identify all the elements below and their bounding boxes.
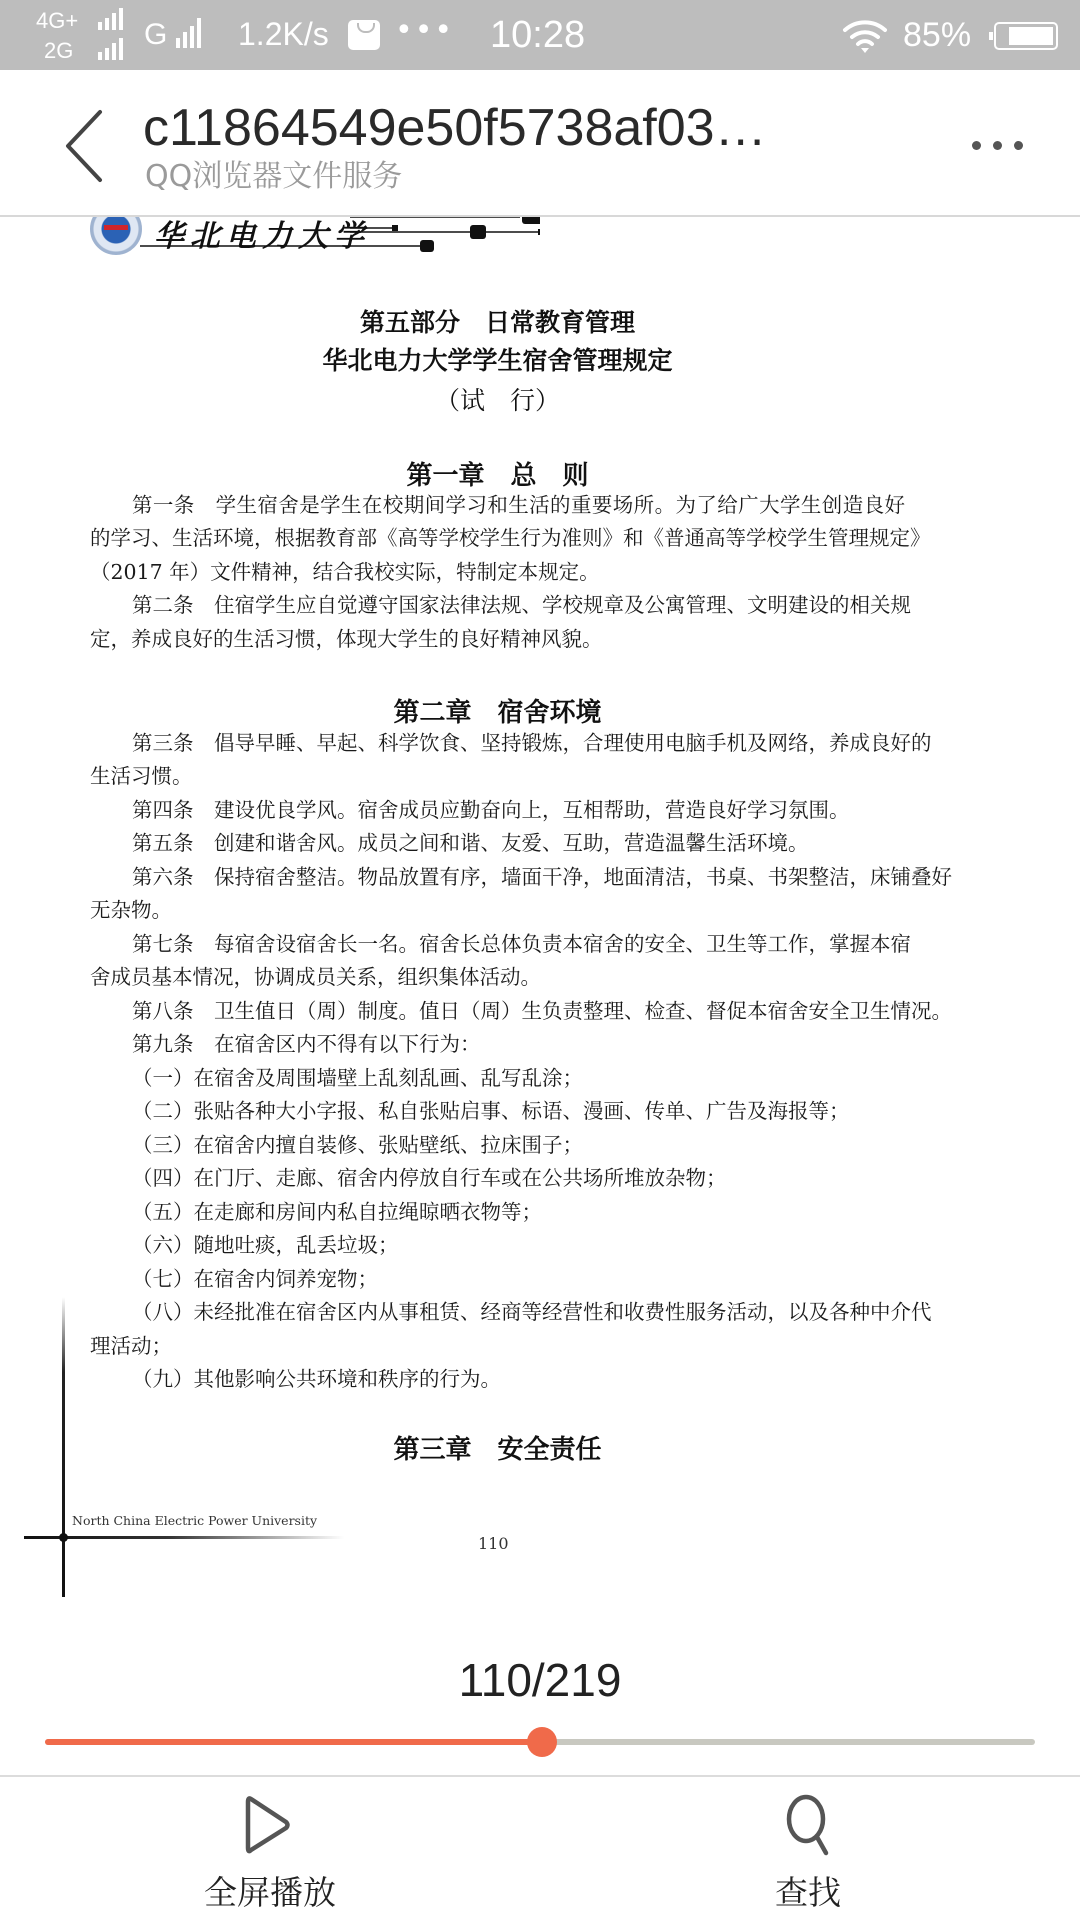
part-heading: 第五部分 日常教育管理 [0, 303, 995, 339]
list-item: （六）随地吐痰，乱丢垃圾； [132, 1231, 399, 1259]
file-source-subtitle: QQ浏览器文件服务 [145, 158, 402, 196]
article-line: 第一条 学生宿舍是学生在校期间学习和生活的重要场所。为了给广大学生创造良好 [132, 491, 905, 519]
more-dots-icon [993, 141, 1002, 150]
more-options-button[interactable] [962, 130, 1032, 160]
network-type-primary: 4G+ [36, 10, 78, 32]
article-line: 定，养成良好的生活习惯，体现大学生的良好精神风貌。 [90, 625, 603, 653]
article-line: 第五条 创建和谐舍风。成员之间和谐、友爱、互助，营造温馨生活环境。 [132, 829, 809, 857]
list-item: （九）其他影响公共环境和秩序的行为。 [132, 1365, 501, 1393]
page-corner-decoration [59, 1533, 68, 1542]
page-slider[interactable] [45, 1732, 1035, 1752]
list-item: 理活动； [90, 1332, 172, 1360]
network-speed: 1.2K/s [238, 16, 329, 52]
article-line: 第三条 倡导早睡、早起、科学饮食、坚持锻炼，合理使用电脑手机及网络，养成良好的 [132, 729, 905, 757]
clock: 10:28 [490, 14, 585, 56]
list-item: （五）在走廊和房间内私自拉绳晾晒衣物等； [132, 1198, 542, 1226]
article-line: 第九条 在宿舍区内不得有以下行为： [132, 1030, 481, 1058]
chapter-heading: 第三章 安全责任 [0, 1429, 995, 1466]
article-line: 第七条 每宿舍设宿舍长一名。宿舍长总体负责本宿舍的安全、卫生等工作，掌握本宿 [132, 930, 905, 958]
document-subtitle: （试 行） [0, 381, 995, 417]
more-dots-icon [972, 141, 981, 150]
article-line: 舍成员基本情况，协调成员关系，组织集体活动。 [90, 963, 541, 991]
slider-thumb[interactable] [527, 1727, 557, 1757]
signal-bars-icon [176, 18, 201, 48]
fullscreen-play-button[interactable]: 全屏播放 [170, 1787, 370, 1917]
document-viewer[interactable]: 华北电力大学 第五部分 日常教育管理 华北电力大学学生宿舍管理规定 （试 行） … [0, 217, 1080, 1637]
list-item: （三）在宿舍内擅自装修、张贴壁纸、拉床围子； [132, 1131, 583, 1159]
article-line: 第六条 保持宿舍整洁。物品放置有序，墙面干净，地面清洁，书桌、书架整洁，床铺叠好 [132, 863, 905, 891]
signal-bars-icon [98, 8, 123, 30]
shopping-bag-icon [348, 20, 380, 50]
list-item: （四）在门厅、走廊、宿舍内停放自行车或在公共场所堆放杂物； [132, 1164, 727, 1192]
app-header: c11864549e50f5738af03… QQ浏览器文件服务 [0, 70, 1080, 217]
file-title: c11864549e50f5738af03… [143, 98, 863, 158]
find-button[interactable]: 查找 [708, 1787, 908, 1917]
fullscreen-play-label: 全屏播放 [170, 1873, 370, 1913]
sim2-network-type: G [144, 18, 167, 52]
more-dots-icon [1014, 141, 1023, 150]
signal-bars-icon [98, 38, 123, 60]
chevron-left-icon [60, 108, 110, 184]
wifi-icon [842, 18, 888, 54]
article-line: 第二条 住宿学生应自觉遵守国家法律法规、学校规章及公寓管理、文明建设的相关规 [132, 591, 905, 619]
status-bar: 4G+ 2G G 1.2K/s ••• 10:28 85% [0, 0, 1080, 70]
find-label: 查找 [708, 1873, 908, 1913]
page-corner-decoration [62, 1297, 65, 1597]
network-type-secondary: 2G [44, 40, 73, 62]
article-line: 第四条 建设优良学风。宿舍成员应勤奋向上，互相帮助，营造良好学习氛围。 [132, 796, 850, 824]
article-line: 生活习惯。 [90, 762, 193, 790]
circuit-decoration-icon [120, 217, 540, 257]
list-item: （一）在宿舍及周围墙壁上乱刻乱画、乱写乱涂； [132, 1064, 583, 1092]
chapter-heading: 第一章 总 则 [0, 455, 995, 492]
back-button[interactable] [60, 108, 110, 184]
article-line: 的学习、生活环境，根据教育部《高等学校学生行为准则》和《普通高等学校学生管理规定… [90, 524, 905, 552]
document-title: 华北电力大学学生宿舍管理规定 [0, 341, 995, 377]
printed-page-number: 110 [478, 1534, 509, 1553]
search-icon [778, 1793, 838, 1857]
footer-university-name: North China Electric Power University [72, 1513, 317, 1528]
list-item: （八）未经批准在宿舍区内从事租赁、经商等经营性和收费性服务活动，以及各种中介代 [132, 1298, 905, 1326]
battery-icon [994, 22, 1058, 50]
cellular-signal: 4G+ 2G [36, 6, 132, 64]
bottom-toolbar: 全屏播放 查找 [0, 1775, 1080, 1920]
article-line: 第八条 卫生值日（周）制度。值日（周）生负责整理、检查、督促本宿舍安全卫生情况。 [132, 997, 952, 1025]
page-corner-decoration [24, 1536, 344, 1539]
list-item: （七）在宿舍内饲养宠物； [132, 1265, 378, 1293]
play-icon [240, 1793, 300, 1857]
page-indicator: 110/219 [0, 1652, 1080, 1708]
article-line: 无杂物。 [90, 896, 172, 924]
list-item: （二）张贴各种大小字报、私自张贴启事、标语、漫画、传单、广告及海报等； [132, 1097, 850, 1125]
notification-overflow-icon: ••• [395, 14, 454, 48]
slider-progress [45, 1739, 542, 1745]
university-logo: 华北电力大学 [90, 217, 540, 259]
article-line: （2017 年）文件精神，结合我校实际，特制定本规定。 [90, 558, 600, 586]
chapter-heading: 第二章 宿舍环境 [0, 692, 995, 729]
battery-percent: 85% [903, 16, 971, 54]
